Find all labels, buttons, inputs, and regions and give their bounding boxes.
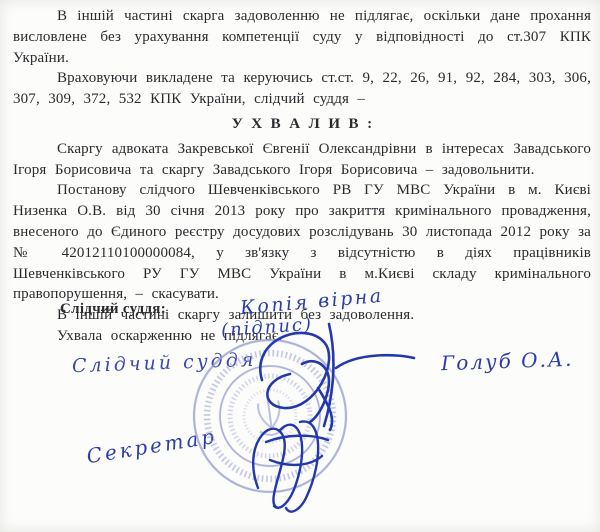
paragraph-legal-basis: Враховуючи викладене та керуючись ст.ст.… [13,68,591,110]
scanned-court-ruling-page: В іншій частині скарга задоволенню не пі… [0,0,600,532]
paragraph-decision-cancelled: Постанову слідчого Шевченківського РВ ГУ… [13,180,591,305]
paragraph-complaint-rejected: В іншій частині скарга задоволенню не пі… [13,6,591,68]
secretary-signature [236,408,351,520]
handwritten-judge-name: Голуб О.А. [441,347,574,376]
judge-signature-label: Слідчий суддя: [60,301,166,318]
paragraph-complaint-satisfied: Скаргу адвоката Закревської Євгенії Олек… [13,139,591,181]
ruling-heading: У Х В А Л И В : [13,114,591,135]
